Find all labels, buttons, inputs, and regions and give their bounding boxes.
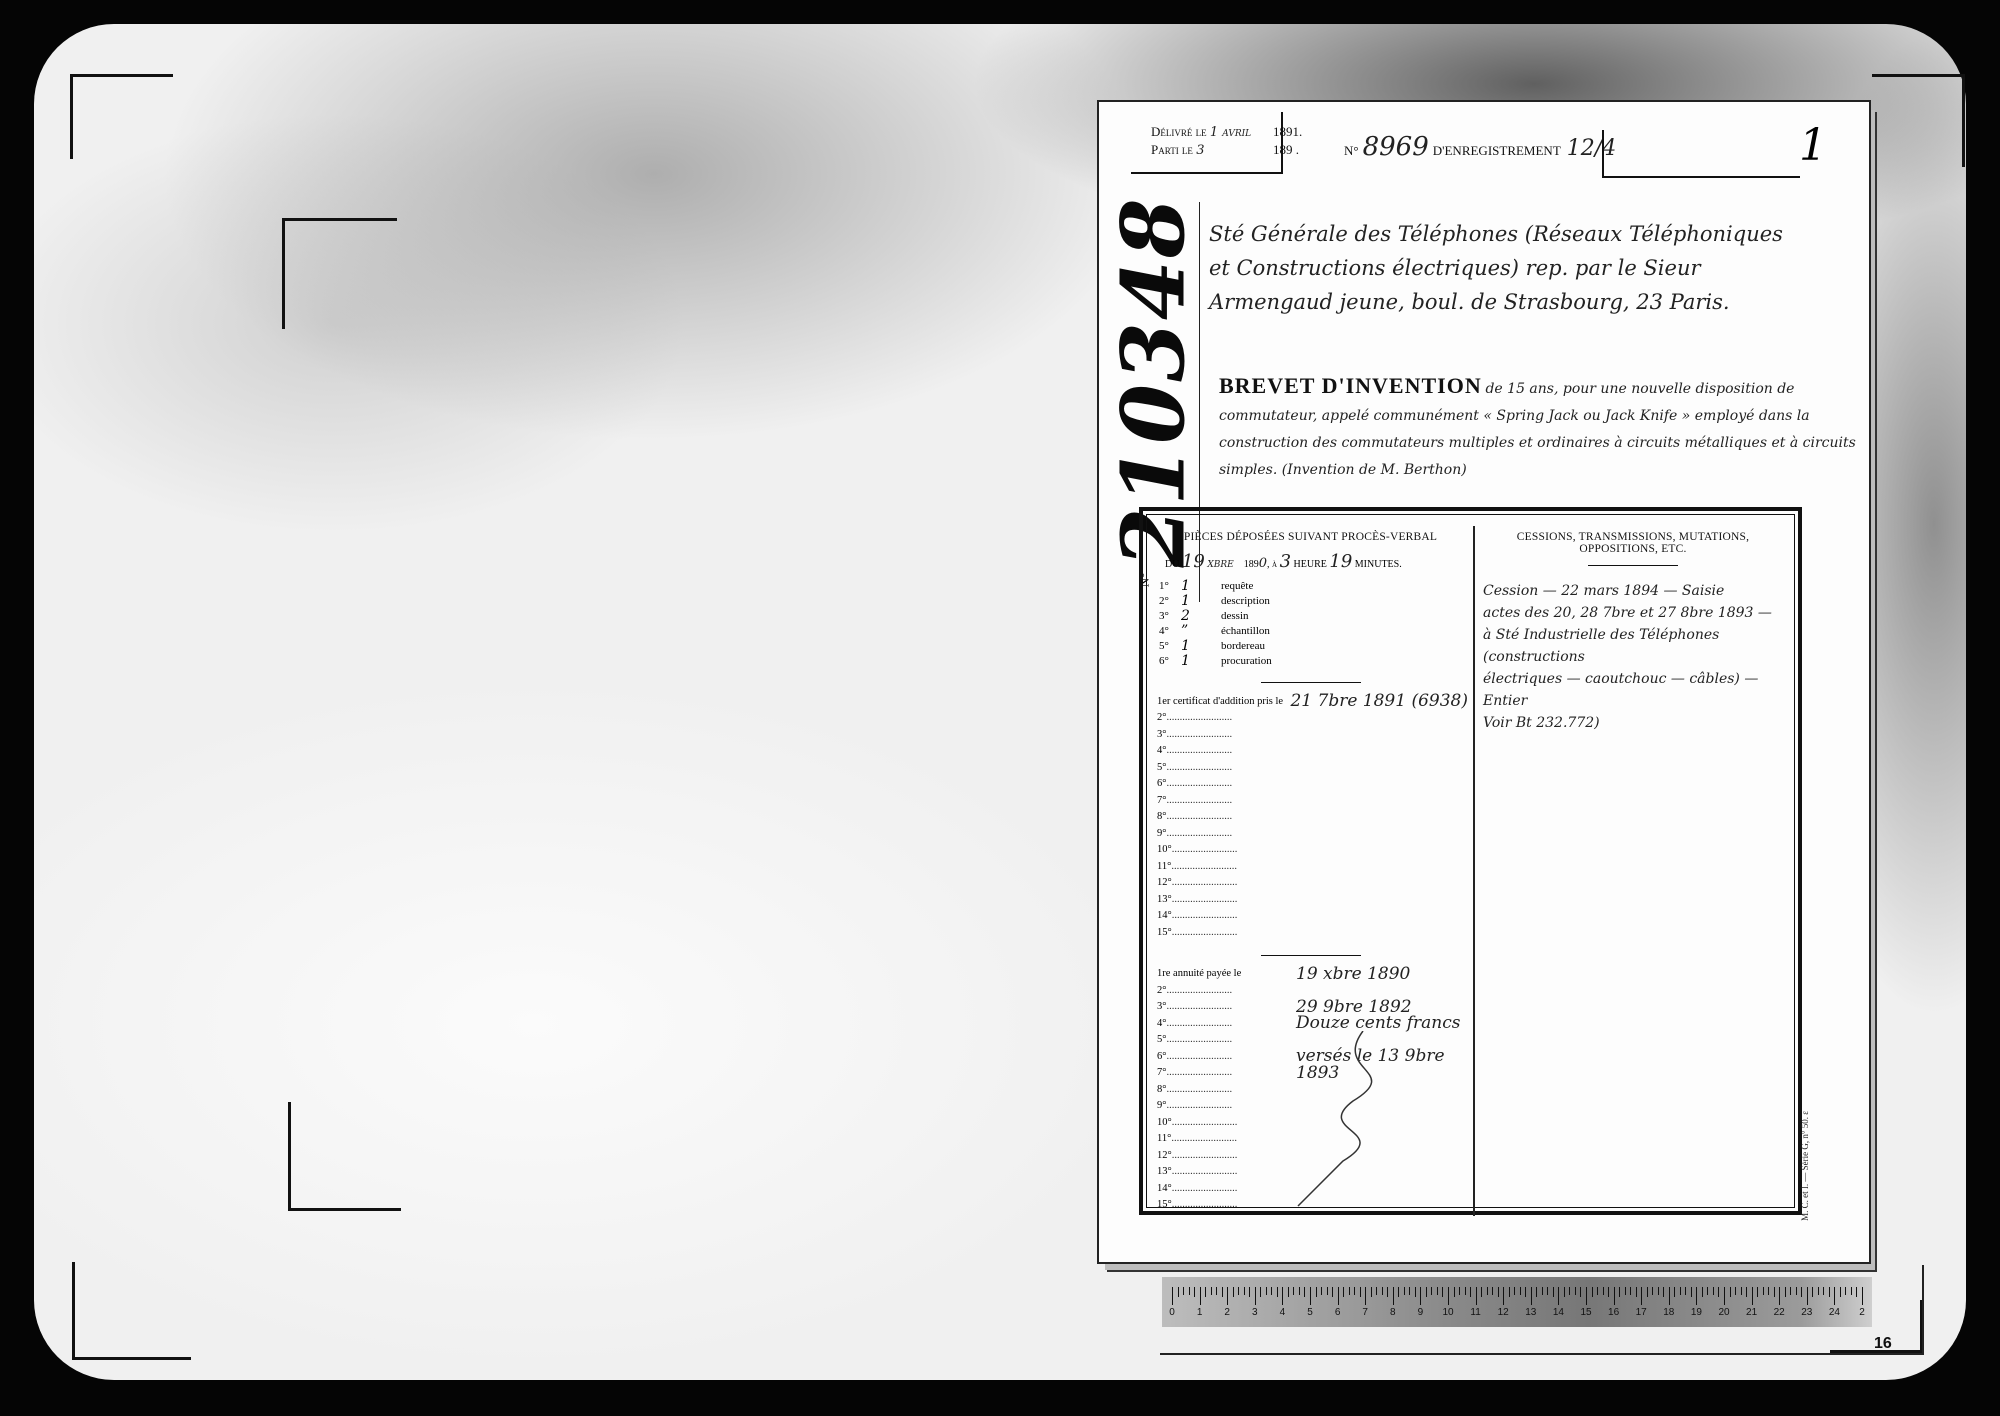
piece-number: 6° [1159,655,1181,667]
ruler-tick [1862,1287,1863,1305]
registration-prefix: N° [1344,143,1359,158]
ruler-label: 19 [1691,1307,1702,1318]
ruler-tick [1586,1287,1587,1305]
certificate-row: 10°......................... [1157,842,1468,859]
ruler-tick [1492,1287,1493,1295]
piece-label: échantillon [1221,625,1270,637]
ruler-tick [1603,1287,1604,1295]
cession-line: électriques — caoutchouc — câbles) — Ent… [1483,668,1783,712]
certificate-row: 9°......................... [1157,825,1468,842]
certificate-label: 15°......................... [1157,927,1292,938]
parti-value: 3 [1196,143,1204,158]
delivered-value: 1 avril [1210,125,1251,140]
ruler-label: 24 [1829,1307,1840,1318]
ruler-tick [1674,1287,1675,1297]
du-label: DU [1165,559,1179,570]
ruler-tick [1663,1287,1664,1297]
ruler-label: 21 [1746,1307,1757,1318]
ruler-tick [1558,1287,1559,1305]
registration-number: N°8969D'ENREGISTREMENT12/4 [1344,132,1616,162]
ruler-tick [1553,1287,1554,1297]
crop-mark-top-left [70,74,173,159]
ruler-tick [1172,1287,1173,1305]
ruler-tick [1260,1287,1261,1297]
ruler-tick [1404,1287,1405,1295]
ruler-tick [1393,1287,1394,1305]
parti-label: Parti le [1151,142,1193,157]
ruler-tick [1310,1287,1311,1305]
ruler-tick [1194,1287,1195,1297]
dotted-leader: ......................... [1166,778,1232,789]
ruler-tick [1812,1287,1813,1297]
ruler-tick [1316,1287,1317,1297]
annuity-label: 4°......................... [1157,1018,1292,1029]
frame-number: 16 [1874,1335,1892,1353]
certificate-label: 8°......................... [1157,811,1292,822]
ruler-tick [1255,1287,1256,1305]
ruler-tick [1266,1287,1267,1295]
ruler-tick [1189,1287,1190,1295]
ruler-label: 13 [1525,1307,1536,1318]
pieces-list: 1°1requête2°1description3°2dessin4°”écha… [1159,578,1468,668]
ruler-tick [1531,1287,1532,1305]
piece-label: dessin [1221,610,1249,622]
section-separator [1261,955,1361,956]
crop-mark-inner-top-left [282,218,397,329]
certificate-row: 6°......................... [1157,776,1468,793]
dotted-leader: ......................... [1172,894,1238,905]
line-number: 15° [1157,1199,1172,1210]
crop-mark-bottom-left [72,1262,191,1360]
ruler-tick [1509,1287,1510,1297]
proces-verbal-date: DU 19 xbre 1890, à 3 HEURE 19 MINUTES. [1165,551,1468,572]
cession-line: à Sté Industrielle des Téléphones (const… [1483,624,1783,668]
ruler-tick [1718,1287,1719,1297]
ruler-tick [1757,1287,1758,1297]
piece-count: 1 [1181,653,1221,669]
ruler-tick [1299,1287,1300,1295]
annuity-label: 8°......................... [1157,1084,1292,1095]
pv-month: xbre [1207,556,1233,571]
ruler-tick [1785,1287,1786,1297]
certificate-value: 21 7bre 1891 (6938) [1290,691,1468,711]
ruler-label: 7 [1362,1307,1368,1318]
line-number: 11° [1157,1133,1171,1144]
piece-row: 3°2dessin [1159,608,1468,623]
ruler-tick [1614,1287,1615,1305]
measurement-ruler: 0123456789101112131415161718192021222324… [1162,1277,1872,1327]
ruler-tick [1514,1287,1515,1295]
ruler-tick [1730,1287,1731,1297]
ruler-tick [1420,1287,1421,1305]
annuity-row: 4°.........................Douze cents f… [1157,1015,1468,1032]
ruler-tick [1387,1287,1388,1297]
ruler-label: 16 [1608,1307,1619,1318]
ruler-tick [1685,1287,1686,1295]
pv-year-prefix: 189 [1244,559,1259,570]
crop-mark-inner-bottom-left [288,1102,401,1211]
annuity-label: 13°......................... [1157,1166,1292,1177]
certificate-label: 1er certificat d'addition pris le [1157,696,1286,707]
ruler-tick [1178,1287,1179,1297]
ruler-label: 2 [1859,1307,1865,1318]
dotted-leader: ......................... [1166,762,1232,773]
ruler-tick [1343,1287,1344,1297]
ruler-tick [1625,1287,1626,1295]
ruler-tick [1807,1287,1808,1305]
piece-row: 1°1requête [1159,578,1468,593]
annuity-label: 9°......................... [1157,1100,1292,1111]
piece-count: 2 [1181,608,1221,624]
ruler-tick [1569,1287,1570,1295]
ruler-label: 17 [1636,1307,1647,1318]
ruler-tick [1707,1287,1708,1295]
cession-line: Cession — 22 mars 1894 — Saisie [1483,580,1783,602]
ruler-tick [1183,1287,1184,1295]
line-number: 10° [1157,844,1172,855]
ruler-label: 10 [1442,1307,1453,1318]
certificate-row: 1er certificat d'addition pris le21 7bre… [1157,693,1468,710]
dotted-leader: ......................... [1172,1150,1238,1161]
ruler-tick [1547,1287,1548,1295]
annuity-label: 10°......................... [1157,1117,1292,1128]
line-number: 10° [1157,1117,1172,1128]
piece-number: 3° [1159,610,1181,622]
dotted-leader: ......................... [1166,1034,1232,1045]
dotted-leader: ......................... [1172,927,1238,938]
ruler-tick [1371,1287,1372,1297]
ruler-label: 20 [1718,1307,1729,1318]
ruler-tick [1829,1287,1830,1297]
dotted-leader: ......................... [1166,811,1232,822]
ruler-tick [1360,1287,1361,1297]
delivery-box: Délivré le 1 avril 1891. Parti le 3 189 … [1131,112,1283,174]
dotted-leader: ......................... [1166,1100,1232,1111]
ruler-label: 12 [1498,1307,1509,1318]
line-number: 12° [1157,1150,1172,1161]
piece-label: description [1221,595,1270,607]
annuity-label: 6°......................... [1157,1051,1292,1062]
ruler-tick [1238,1287,1239,1295]
owner-block: Sté Générale des Téléphones (Réseaux Tél… [1209,217,1849,319]
ruler-tick [1398,1287,1399,1297]
registration-value: 8969 [1363,132,1429,162]
heure-label: HEURE [1294,559,1327,570]
dotted-leader: ......................... [1166,729,1232,740]
ruler-tick [1415,1287,1416,1297]
ruler-label: 2 [1224,1307,1230,1318]
ruler-tick [1244,1287,1245,1295]
cessions-heading: CESSIONS, TRANSMISSIONS, MUTATIONS, OPPO… [1483,531,1783,555]
certificate-row: 12°......................... [1157,875,1468,892]
certificate-label: 6°......................... [1157,778,1292,789]
column-divider [1473,526,1475,1216]
dotted-leader: ......................... [1172,1166,1238,1177]
certificate-label: 9°......................... [1157,828,1292,839]
printer-imprint: M. C. et I. — Série G, n° 50. ε [1800,1111,1810,1221]
patent-register-page: Délivré le 1 avril 1891. Parti le 3 189 … [1099,102,1869,1262]
a-label: , à [1267,559,1277,570]
annuity-label: 3°......................... [1157,1001,1292,1012]
cessions-column: CESSIONS, TRANSMISSIONS, MUTATIONS, OPPO… [1483,521,1783,734]
dotted-leader: ......................... [1172,1183,1238,1194]
ruler-tick [1431,1287,1432,1295]
dotted-leader: ......................... [1166,795,1232,806]
minutes-label: MINUTES. [1355,559,1402,570]
ruler-tick [1647,1287,1648,1297]
ruler-tick [1856,1287,1857,1297]
ruler-tick [1282,1287,1283,1305]
piece-label: requête [1221,580,1253,592]
piece-row: 4°”échantillon [1159,623,1468,638]
certificate-label: 11°......................... [1157,861,1292,872]
piece-row: 5°1bordereau [1159,638,1468,653]
dotted-leader: ......................... [1166,745,1232,756]
piece-label: procuration [1221,655,1272,667]
certificate-row: 3°......................... [1157,726,1468,743]
ruler-tick [1249,1287,1250,1297]
cession-line: actes des 20, 28 7bre et 27 8bre 1893 — [1483,602,1783,624]
ruler-tick [1498,1287,1499,1297]
ruler-label: 1 [1197,1307,1203,1318]
ruler-tick [1233,1287,1234,1297]
piece-count: 1 [1181,578,1221,594]
ruler-tick [1211,1287,1212,1295]
certificate-label: 5°......................... [1157,762,1292,773]
ruler-tick [1680,1287,1681,1295]
certificate-row: 8°......................... [1157,809,1468,826]
certificate-label: 14°......................... [1157,910,1292,921]
pv-minutes: 19 [1329,551,1352,572]
ruler-tick [1481,1287,1482,1297]
line-number: 14° [1157,1183,1172,1194]
dotted-leader: ......................... [1166,712,1232,723]
ruler-label: 11 [1470,1307,1480,1318]
ruler-tick [1564,1287,1565,1297]
ruler-tick [1448,1287,1449,1305]
ruler-tick [1669,1287,1670,1305]
certificate-label: 3°......................... [1157,729,1292,740]
ruler-tick [1696,1287,1697,1305]
certificate-row: 7°......................... [1157,792,1468,809]
line-number: 14° [1157,910,1172,921]
pv-hour: 3 [1280,551,1291,572]
annuity-label: 11°......................... [1157,1133,1292,1144]
dotted-leader: ......................... [1171,1133,1237,1144]
annuity-value: 19 xbre 1890 [1296,964,1410,984]
ruler-tick [1619,1287,1620,1297]
ruler-tick [1597,1287,1598,1295]
certificate-row: 13°......................... [1157,891,1468,908]
annuity-label: 5°......................... [1157,1034,1292,1045]
line-number: 13° [1157,1166,1172,1177]
piece-number: 1° [1159,580,1181,592]
ruler-label: 22 [1774,1307,1785,1318]
ruler-label: 3 [1252,1307,1258,1318]
ruler-tick [1801,1287,1802,1297]
parti-year: 189 . [1273,142,1299,158]
ruler-label: 8 [1390,1307,1396,1318]
ruler-tick [1288,1287,1289,1297]
ruler-tick [1454,1287,1455,1297]
annuity-label: 12°......................... [1157,1150,1292,1161]
ruler-tick [1382,1287,1383,1295]
ruler-tick [1465,1287,1466,1295]
certificate-row: 2°......................... [1157,710,1468,727]
certificate-row: 4°......................... [1157,743,1468,760]
annuity-label: 14°......................... [1157,1183,1292,1194]
ruler-tick [1790,1287,1791,1295]
ruler-tick [1652,1287,1653,1295]
ruler-tick [1520,1287,1521,1295]
certificate-row: 14°......................... [1157,908,1468,925]
ruler-tick [1779,1287,1780,1305]
ruler-tick [1459,1287,1460,1295]
ruler-tick [1845,1287,1846,1295]
pv-year-suffix: 0 [1259,556,1267,571]
ruler-tick [1426,1287,1427,1297]
ruler-tick [1200,1287,1201,1305]
piece-number: 4° [1159,625,1181,637]
ruler-tick [1442,1287,1443,1297]
line-number: 13° [1157,894,1172,905]
ruler-tick [1774,1287,1775,1297]
dotted-leader: ......................... [1166,1001,1232,1012]
ruler-tick [1321,1287,1322,1295]
certificate-row: 15°......................... [1157,924,1468,941]
dotted-leader: ......................... [1166,1067,1232,1078]
register-table: PIÈCES DÉPOSÉES SUIVANT PROCÈS-VERBAL DU… [1139,507,1802,1215]
ruler-label: 18 [1663,1307,1674,1318]
certificates-list: 1er certificat d'addition pris le21 7bre… [1157,693,1468,941]
ruler-tick [1536,1287,1537,1297]
ruler-tick [1630,1287,1631,1295]
owner-line: Armengaud jeune, boul. de Strasbourg, 23… [1209,285,1849,319]
certificate-label: 7°......................... [1157,795,1292,806]
registration-label: D'ENREGISTREMENT [1433,143,1561,158]
ruler-tick [1365,1287,1366,1305]
dotted-leader: ......................... [1172,877,1238,888]
pen-flourish [1293,1031,1433,1211]
certificate-label: 13°......................... [1157,894,1292,905]
brevet-title: BREVET D'INVENTION [1219,373,1482,398]
ruler-tick [1746,1287,1747,1297]
line-number: 15° [1157,927,1172,938]
ruler-tick [1834,1287,1835,1305]
ruler-tick [1575,1287,1576,1295]
annuity-row: 1re annuité payée le19 xbre 1890 [1157,966,1468,983]
ruler-label: 9 [1418,1307,1424,1318]
ruler-tick [1713,1287,1714,1295]
dotted-leader: ......................... [1166,1018,1232,1029]
certificate-row: 11°......................... [1157,858,1468,875]
ruler-label: 23 [1801,1307,1812,1318]
page-corner-mark: 1 [1799,120,1827,171]
ruler-tick [1376,1287,1377,1295]
ruler-tick [1702,1287,1703,1297]
ruler-tick [1277,1287,1278,1297]
ruler-tick [1796,1287,1797,1295]
dotted-leader: ......................... [1172,910,1238,921]
ruler-tick [1592,1287,1593,1297]
ruler-tick [1327,1287,1328,1295]
dotted-leader: ......................... [1171,861,1237,872]
ruler-tick [1525,1287,1526,1297]
delivered-year: 1891. [1273,124,1302,140]
ruler-tick [1752,1287,1753,1305]
delivered-row: Délivré le 1 avril 1891. [1151,124,1251,140]
owner-line: Sté Générale des Téléphones (Réseaux Tél… [1209,217,1849,251]
ruler-tick [1724,1287,1725,1305]
dotted-leader: ......................... [1166,828,1232,839]
ruler-tick [1658,1287,1659,1295]
ruler-tick [1409,1287,1410,1295]
ruler-label: 6 [1335,1307,1341,1318]
ruler-tick [1741,1287,1742,1295]
certificate-label: 10°......................... [1157,844,1292,855]
section-separator [1588,565,1678,566]
annuity-label: 2°......................... [1157,985,1292,996]
certificate-label: 2°......................... [1157,712,1292,723]
ruler-tick [1580,1287,1581,1297]
certificate-label: 4°......................... [1157,745,1292,756]
ruler-tick [1216,1287,1217,1295]
annuity-label: 1re annuité payée le [1157,968,1292,979]
dotted-leader: ......................... [1172,1117,1238,1128]
ruler-tick [1636,1287,1637,1297]
piece-row: 6°1procuration [1159,653,1468,668]
certificate-label: 12°......................... [1157,877,1292,888]
dotted-leader: ......................... [1172,1199,1238,1210]
dotted-leader: ......................... [1172,844,1238,855]
dotted-leader: ......................... [1166,1051,1232,1062]
ruler-tick [1437,1287,1438,1295]
ruler-label: 0 [1169,1307,1175,1318]
pv-day: 19 [1182,551,1205,572]
ruler-tick [1271,1287,1272,1295]
annuity-label: 7°......................... [1157,1067,1292,1078]
section-separator [1261,682,1361,683]
ruler-tick [1354,1287,1355,1295]
dotted-leader: ......................... [1166,985,1232,996]
piece-number: 5° [1159,640,1181,652]
ruler-tick [1338,1287,1339,1305]
ruler-tick [1222,1287,1223,1297]
ruler-label: 4 [1280,1307,1286,1318]
line-number: 11° [1157,861,1171,872]
ruler-tick [1304,1287,1305,1297]
ruler-tick [1818,1287,1819,1295]
piece-row: 2°1description [1159,593,1468,608]
ruler-tick [1735,1287,1736,1295]
parti-row: Parti le 3 189 . [1151,142,1204,158]
ruler-tick [1487,1287,1488,1295]
piece-number: 2° [1159,595,1181,607]
ruler-label: 5 [1307,1307,1313,1318]
cession-line: Voir Bt 232.772) [1483,712,1783,734]
delivered-label: Délivré le [1151,124,1207,139]
piece-count: ” [1181,623,1221,639]
empty-stamp-box [1602,130,1800,178]
ruler-tick [1293,1287,1294,1295]
certificate-row: 5°......................... [1157,759,1468,776]
ruler-tick [1476,1287,1477,1305]
ruler-tick [1542,1287,1543,1295]
ruler-tick [1840,1287,1841,1297]
ruler-tick [1470,1287,1471,1297]
piece-count: 1 [1181,593,1221,609]
ruler-tick [1691,1287,1692,1297]
